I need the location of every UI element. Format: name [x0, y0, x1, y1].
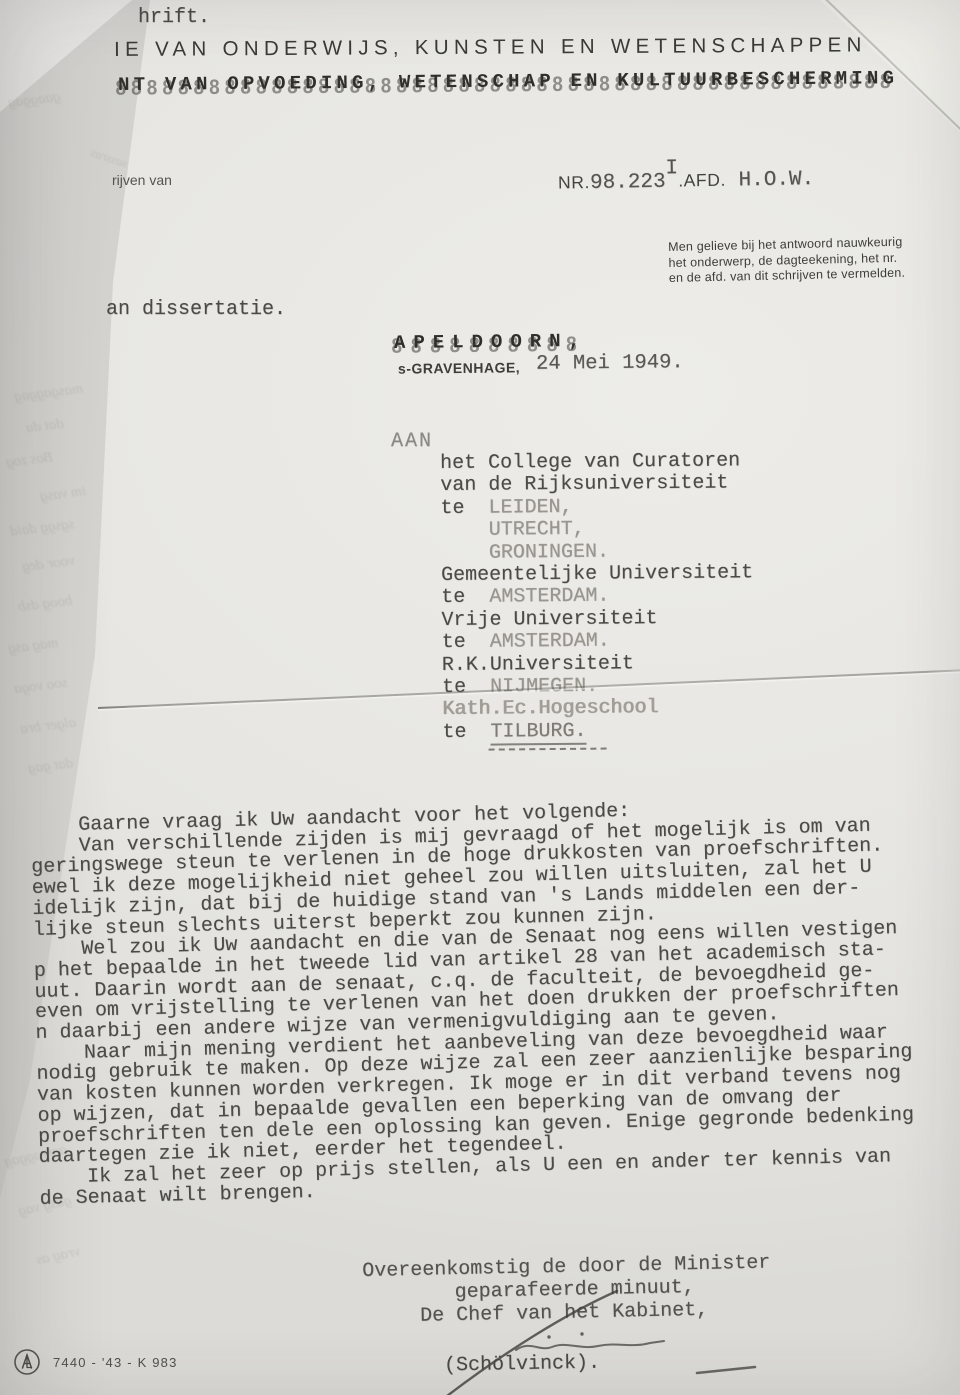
address-text: Vrije Universiteit [441, 607, 657, 632]
address-text: het College van Curatoren [440, 449, 740, 475]
copy-annotation: hrift. [138, 6, 210, 29]
address-city: AMSTERDAM. [489, 585, 609, 609]
address-text: te [442, 720, 490, 743]
address-city: Kath.Ec.Hogeschool [442, 697, 658, 722]
salutation-aan: AAN [391, 430, 433, 453]
ghost-text: sassras [88, 144, 129, 171]
address-text: Gemeentelijke Universiteit [441, 561, 753, 587]
printer-footer: 7440 - '43 - K 983 [13, 1348, 178, 1376]
handwritten-signature [420, 1278, 780, 1395]
address-text: te [441, 586, 489, 609]
afd-label: .AFD. [678, 170, 726, 191]
ghost-text: voor deg [21, 553, 76, 576]
ghost-text: alger bra [19, 715, 77, 739]
ghost-text: mag asg [7, 635, 59, 658]
ghost-text: Bos zog [5, 449, 54, 472]
nr-superscript: I [665, 157, 678, 180]
address-line: te TILBURG. [442, 719, 754, 746]
address-text: van de Rijksuniversiteit [440, 472, 728, 498]
body-paragraphs: Gaarne vraag ik Uw aandacht voor het vol… [30, 795, 916, 1210]
address-line: Gemeentelijke Universiteit [441, 562, 753, 587]
address-text: te [440, 496, 488, 519]
place-label: s-GRAVENHAGE, [398, 359, 520, 376]
ghost-text: im vasg [39, 483, 87, 506]
address-line: te AMSTERDAM. [442, 630, 754, 655]
afd-value-text: H.O.W. [738, 168, 814, 192]
form-label-schrijven-van: rijven van [112, 172, 172, 188]
address-line: te AMSTERDAM. [441, 585, 753, 610]
address-city: GRONINGEN. [489, 540, 609, 564]
address-city: LEIDEN, [488, 496, 572, 520]
address-text: te [442, 676, 490, 699]
address-line: te LEIDEN, [440, 495, 752, 520]
address-block: het College van Curatoren van de Rijksun… [440, 450, 755, 746]
nr-value: 98.223 [590, 171, 666, 195]
ghost-text: sgsgg daid [9, 516, 75, 541]
printer-monogram-icon [13, 1348, 41, 1376]
ghost-text: masgaggag [13, 381, 84, 406]
signature-name: (Schölvinck). [444, 1352, 600, 1378]
scanned-letter-page: gaaggag sassras masgaggag dat du Bos zog… [0, 0, 960, 1395]
address-text [441, 519, 489, 542]
address-city: TILBURG. [490, 721, 586, 746]
address-line: R.K.Universiteit [442, 652, 754, 677]
address-city: AMSTERDAM. [490, 630, 610, 654]
nr-label: NR. [558, 172, 590, 193]
date-value: 24 Mei 1949. [536, 351, 684, 376]
subject-line: an dissertatie. [106, 298, 286, 321]
ghost-text: dat gag [27, 755, 74, 777]
afd-value [726, 169, 739, 192]
address-text [441, 541, 489, 564]
address-text: R.K.Universiteit [442, 652, 634, 677]
address-city: UTRECHT, [489, 518, 585, 542]
form-code: 7440 - '43 - K 983 [53, 1355, 178, 1370]
address-text: te [442, 631, 490, 654]
ghost-text: boog dsb [17, 593, 73, 617]
struck-city-apeldoorn: APELDOORN, 8888888888 [394, 330, 588, 354]
address-line: Vrije Universiteit [441, 607, 753, 632]
reference-number: NR.98.223I.AFD. H.O.W. [558, 162, 815, 196]
answer-instruction-note: Men gelieve bij het antwoord nauwkeurig … [668, 235, 905, 287]
address-line: van de Rijksuniversiteit [440, 473, 752, 498]
address-line: UTRECHT, [441, 517, 753, 542]
ghost-text: soo voga [13, 675, 68, 698]
ghost-text: dat du [25, 416, 65, 437]
address-line: Kath.Ec.Hogeschool [442, 697, 754, 722]
ministry-letterhead: IE VAN ONDERWIJS, KUNSTEN EN WETENSCHAPP… [114, 33, 867, 62]
